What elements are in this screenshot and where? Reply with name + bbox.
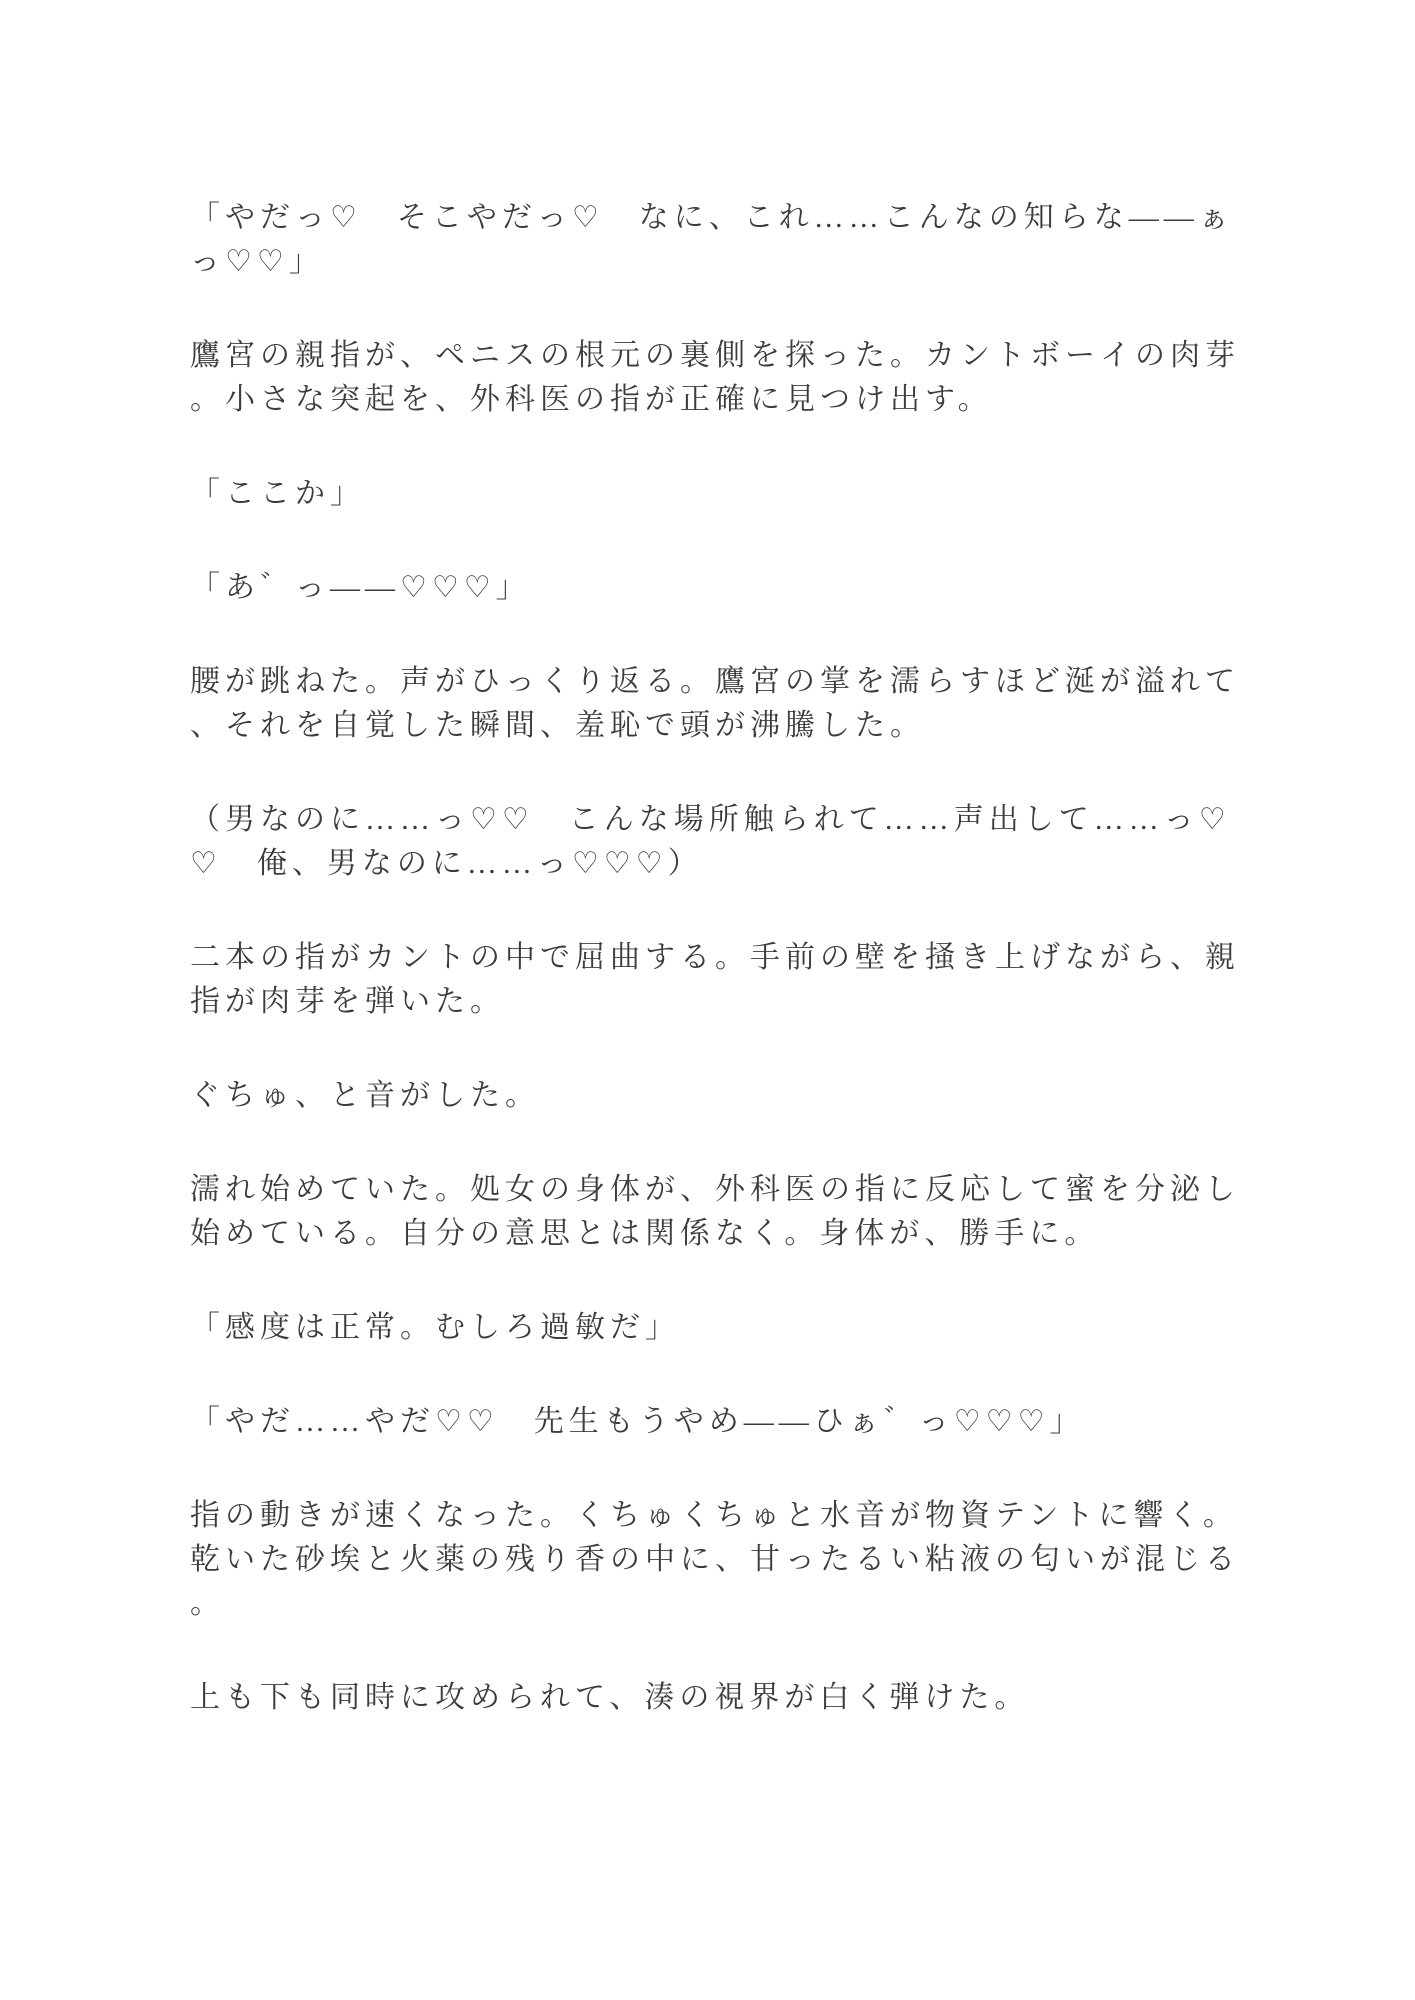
paragraph-narrative-5: 濡れ始めていた。処女の身体が、外科医の指に反応して蜜を分泌し始めている。自分の意… [190,1168,1250,1256]
paragraph-dialogue-1: 「やだっ♡ そこやだっ♡ なに、これ……こんなの知らな——ぁっ♡♡」 [190,196,1250,284]
paragraph-dialogue-4: 「感度は正常。むしろ過敏だ」 [190,1306,1250,1350]
document-page: 「やだっ♡ そこやだっ♡ なに、これ……こんなの知らな——ぁっ♡♡」 鷹宮の親指… [0,0,1415,2000]
paragraph-dialogue-2: 「ここか」 [190,472,1250,516]
paragraph-narrative-3: 二本の指がカントの中で屈曲する。手前の壁を掻き上げながら、親指が肉芽を弾いた。 [190,936,1250,1024]
paragraph-narrative-2: 腰が跳ねた。声がひっくり返る。鷹宮の掌を濡らすほど涎が溢れて、それを自覚した瞬間… [190,660,1250,748]
paragraph-dialogue-5: 「やだ……やだ♡♡ 先生もうやめ——ひぁ゛っ♡♡♡」 [190,1400,1250,1444]
paragraph-dialogue-3: 「あ゛っ——♡♡♡」 [190,566,1250,610]
paragraph-narrative-6: 指の動きが速くなった。くちゅくちゅと水音が物資テントに響く。乾いた砂埃と火薬の残… [190,1494,1250,1626]
paragraph-narrative-1: 鷹宮の親指が、ペニスの根元の裏側を探った。カントボーイの肉芽。小さな突起を、外科… [190,334,1250,422]
text-column: 「やだっ♡ そこやだっ♡ なに、これ……こんなの知らな——ぁっ♡♡」 鷹宮の親指… [190,196,1250,1720]
paragraph-narrative-7: 上も下も同時に攻められて、湊の視界が白く弾けた。 [190,1676,1250,1720]
paragraph-monologue-1: （男なのに……っ♡♡ こんな場所触られて……声出して……っ♡♡ 俺、男なのに……… [190,798,1250,886]
paragraph-narrative-4: ぐちゅ、と音がした。 [190,1074,1250,1118]
